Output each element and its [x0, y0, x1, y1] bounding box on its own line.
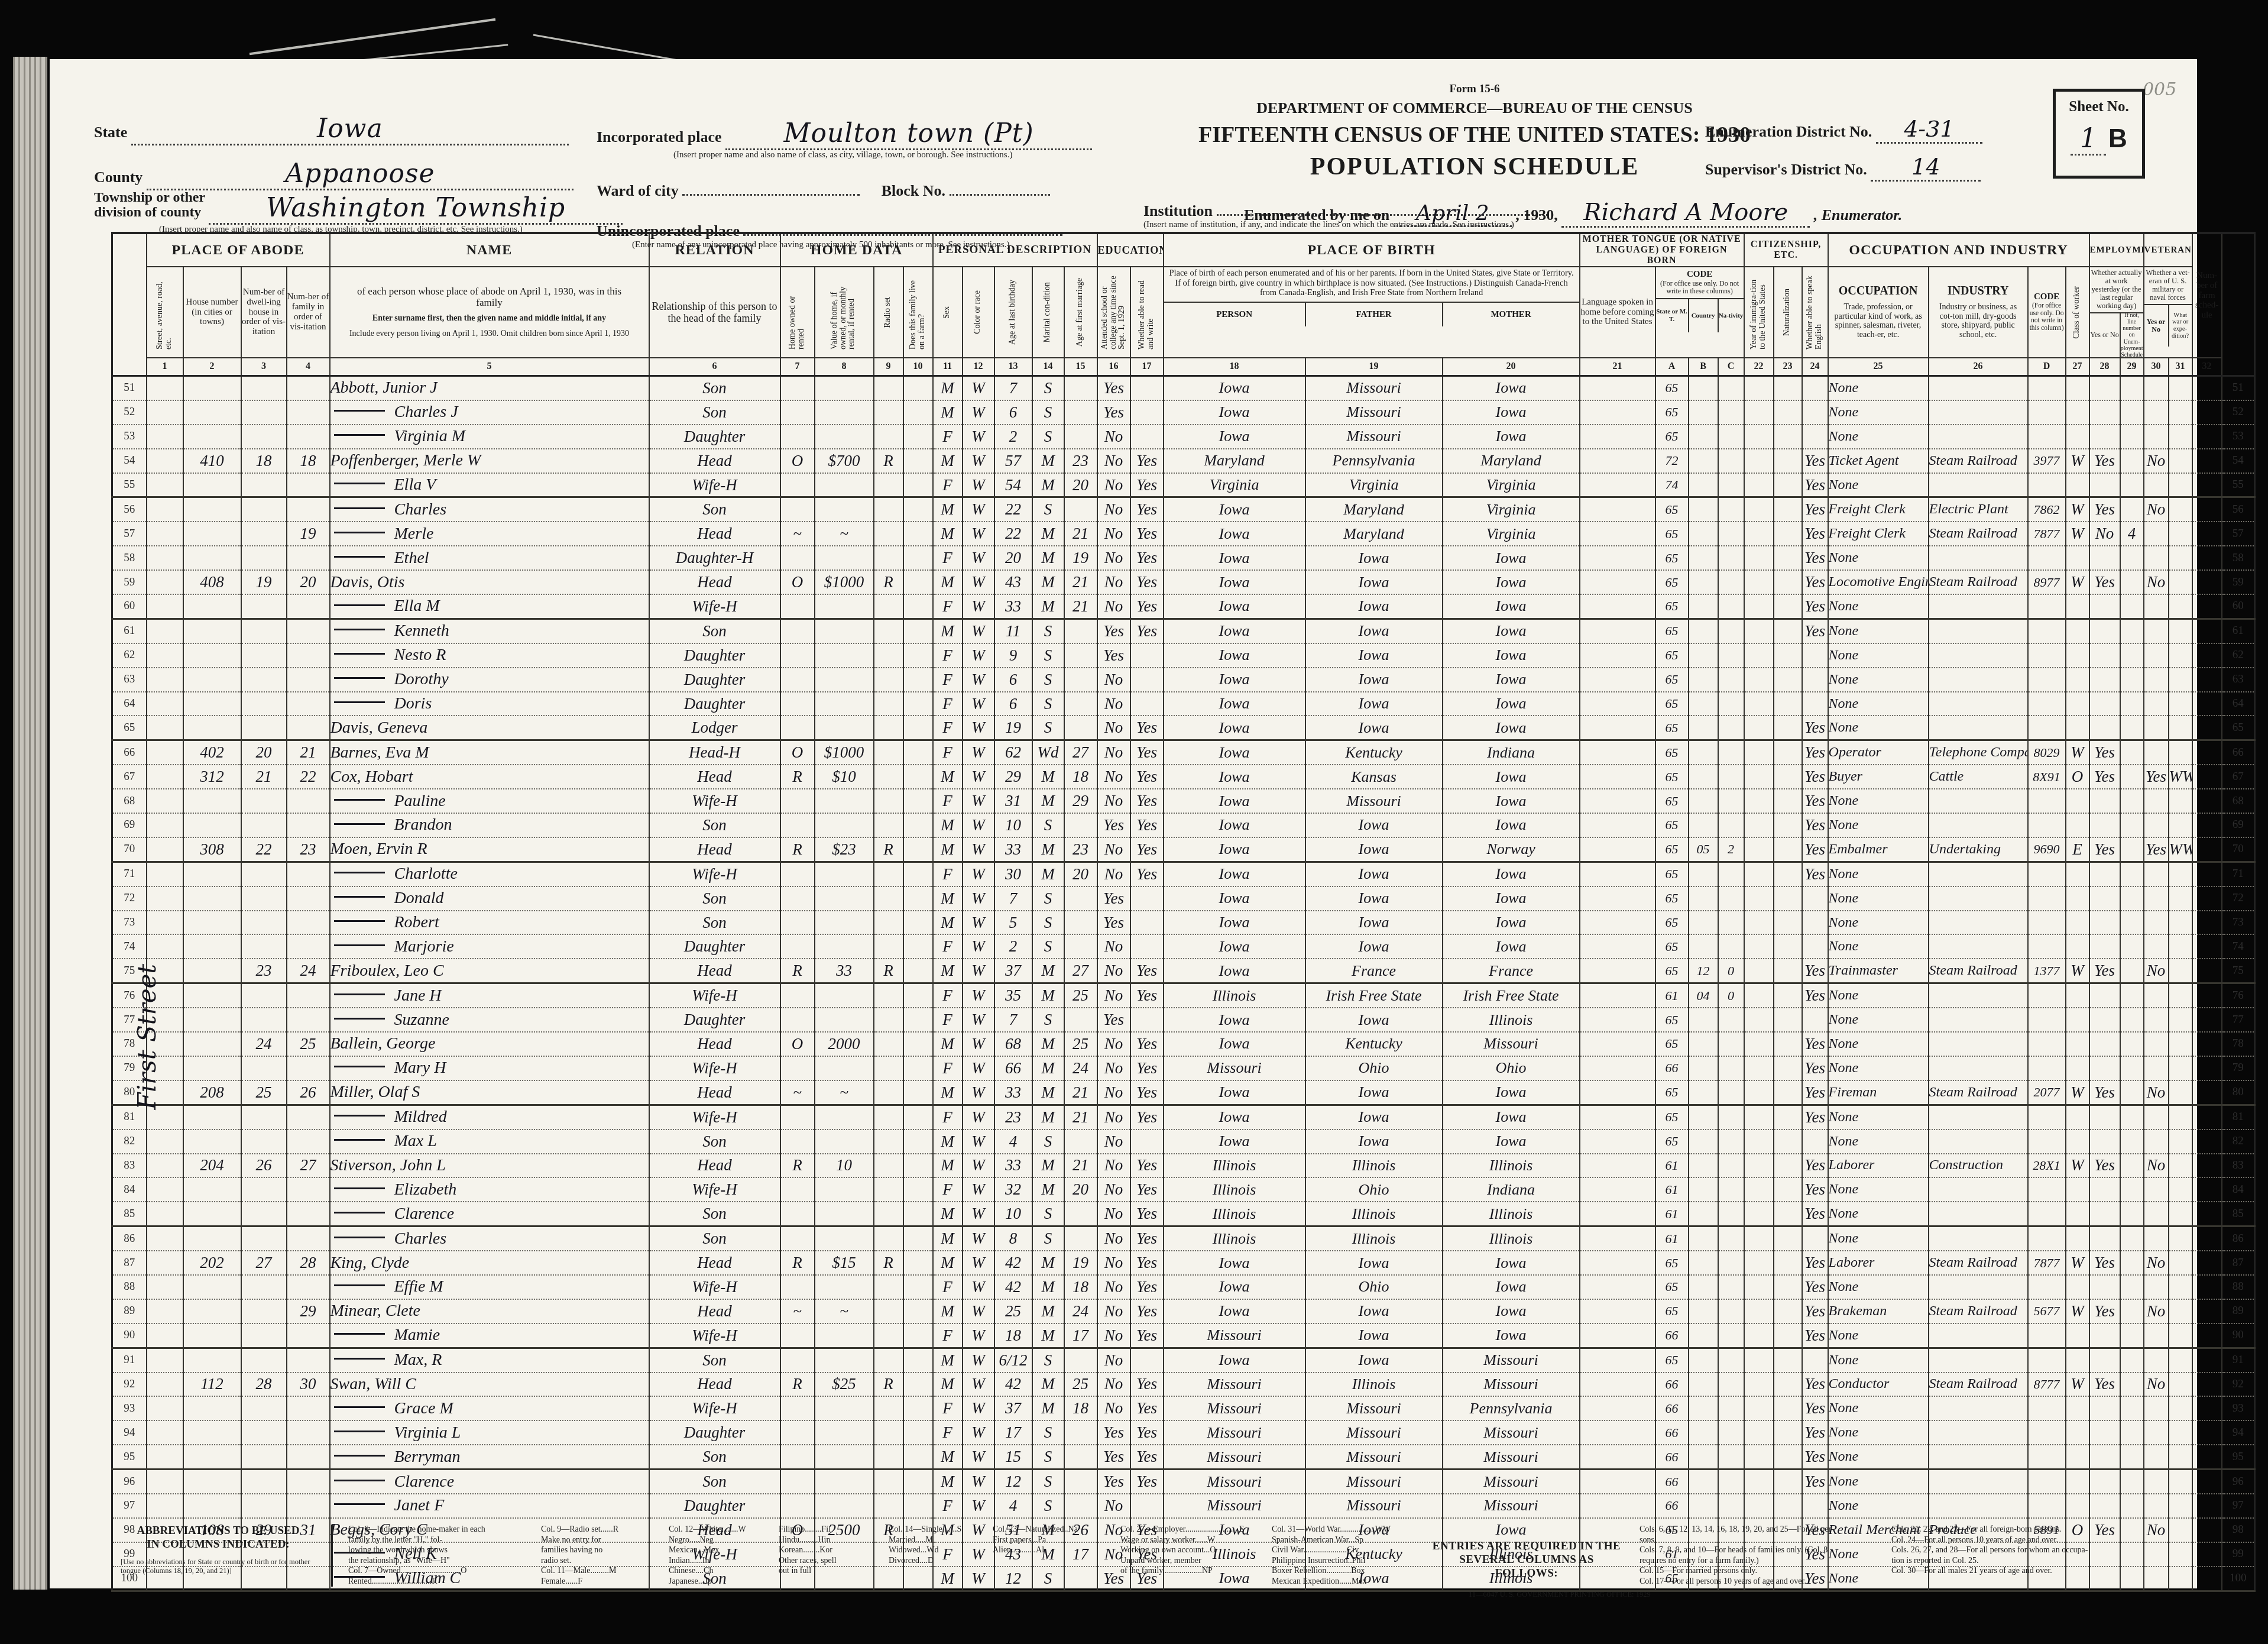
cell-sx: F	[933, 862, 963, 886]
cell-vl: $15	[815, 1251, 874, 1275]
cell-en: Yes	[1802, 1105, 1828, 1129]
line-number: 68	[2222, 789, 2255, 813]
cell-oc: None	[1828, 716, 1929, 740]
cell-ind	[1929, 1056, 2028, 1080]
cell-fs	[2192, 473, 2222, 497]
cell-na	[1774, 740, 1802, 765]
cell-pp: Iowa	[1164, 692, 1305, 716]
cell-mc: M	[1032, 473, 1064, 497]
cell-na	[1774, 1348, 1802, 1372]
ditto-mark	[334, 920, 385, 922]
cell-ey: Yes	[2089, 1373, 2120, 1397]
cell-mc: M	[1032, 522, 1064, 546]
cell-ind	[1929, 546, 2028, 570]
cell-sx: M	[933, 1470, 963, 1494]
cell-fs	[2192, 594, 2222, 619]
cell-am	[1064, 1226, 1097, 1251]
ditto-mark	[334, 1139, 385, 1141]
cell-im	[1744, 789, 1774, 813]
column-number-row: 123456789101112131415161718192021ABC2223…	[112, 358, 2255, 376]
cell-am	[1064, 886, 1097, 911]
cell-rw: Yes	[1130, 1396, 1164, 1420]
cell-pf: Ohio	[1305, 1275, 1443, 1299]
cell-st	[147, 740, 183, 765]
line-number: 75	[2222, 959, 2255, 983]
cell-vw	[2169, 497, 2192, 522]
cell-fs	[2192, 1542, 2222, 1567]
cell-fm	[903, 425, 933, 449]
footer: ABBREVIATIONS TO BE USEDIN COLUMNS INDIC…	[121, 1525, 2154, 1599]
cell-mt	[1580, 643, 1655, 668]
cell-cb	[1689, 1470, 1718, 1494]
cell-rw: Yes	[1130, 813, 1164, 837]
cell-vy	[2144, 1130, 2169, 1154]
ditto-mark	[334, 556, 385, 558]
cell-rw: Yes	[1130, 449, 1164, 473]
cell-cw: E	[2066, 837, 2089, 862]
footer-line: of the family...................NP	[1120, 1566, 1256, 1577]
group-employment: EMPLOYMENT	[2089, 233, 2144, 267]
cell-hn	[183, 1299, 241, 1323]
cell-pm: Virginia	[1443, 522, 1580, 546]
cell-ow	[780, 1323, 815, 1348]
cell-ow: R	[780, 959, 815, 983]
cell-dw	[241, 1323, 287, 1348]
line-number: 56	[2222, 497, 2255, 522]
cell-hn	[183, 400, 241, 425]
cell-nm: Marjorie	[330, 934, 649, 959]
cell-el	[2120, 1373, 2144, 1397]
cell-el	[2120, 497, 2144, 522]
cell-pp: Maryland	[1164, 449, 1305, 473]
entries-required-b: Cols. 21, 22, and 23—For all foreign-bor…	[1891, 1525, 2128, 1577]
cell-oc: None	[1828, 376, 1929, 400]
cell-oc: Embalmer	[1828, 837, 1929, 862]
cell-el	[2120, 1396, 2144, 1420]
cell-st	[147, 1323, 183, 1348]
cell-ca: 61	[1655, 1177, 1689, 1202]
cell-ra	[874, 862, 903, 886]
cell-rel: Head	[649, 522, 780, 546]
cell-mc: S	[1032, 1348, 1064, 1372]
cell-cw	[2066, 594, 2089, 619]
cell-en: Yes	[1802, 740, 1828, 765]
cell-vw	[2169, 1567, 2192, 1591]
cell-pp: Iowa	[1164, 789, 1305, 813]
cell-hn	[183, 1202, 241, 1226]
column-number: 14	[1032, 358, 1064, 376]
cell-cc	[1718, 497, 1744, 522]
cell-cd	[2028, 1032, 2066, 1056]
enumeration-district-label: Enumeration District No.	[1705, 123, 1872, 140]
cell-cw	[2066, 886, 2089, 911]
page-title: POPULATION SCHEDULE	[1149, 153, 1800, 181]
table-row: 85ClarenceSonMW10SNoYesIllinoisIllinoisI…	[112, 1202, 2255, 1226]
cell-vw	[2169, 1226, 2192, 1251]
cell-ow	[780, 1226, 815, 1251]
cell-cc	[1718, 813, 1744, 837]
col-code-d: CODE (For office use only. Do not write …	[2028, 267, 2066, 358]
col-school: Attended school or college any time sinc…	[1097, 267, 1130, 358]
column-number: 30	[2144, 358, 2169, 376]
footer-line: Japanese...Jp	[669, 1577, 763, 1587]
cell-cc	[1718, 449, 1744, 473]
cell-rw: Yes	[1130, 594, 1164, 619]
cell-mc: S	[1032, 425, 1064, 449]
cell-am	[1064, 400, 1097, 425]
cell-vl	[815, 1130, 874, 1154]
cell-am	[1064, 1202, 1097, 1226]
cell-dw: 28	[241, 1373, 287, 1397]
cell-vl	[815, 1177, 874, 1202]
cell-en: Yes	[1802, 619, 1828, 643]
cell-el	[2120, 619, 2144, 643]
cell-vl: $25	[815, 1373, 874, 1397]
col-family-number: Num-ber of family in order of vis-itatio…	[287, 267, 330, 358]
group-citizenship: CITIZENSHIP, ETC.	[1744, 233, 1828, 267]
cell-am	[1064, 1130, 1097, 1154]
table-row: 88Effie MWife-HFW42M18NoYesIowaOhioIowa6…	[112, 1275, 2255, 1299]
cell-cw	[2066, 643, 2089, 668]
cell-cw	[2066, 1470, 2089, 1494]
col-race: Color or race	[963, 267, 994, 358]
cell-rc: W	[963, 400, 994, 425]
cell-cc	[1718, 1420, 1744, 1445]
cell-nm: Brandon	[330, 813, 649, 837]
cell-am: 18	[1064, 1275, 1097, 1299]
cell-hn	[183, 497, 241, 522]
footer-line: Col. 24—For all persons 10 years of age …	[1891, 1535, 2128, 1546]
cell-st	[147, 1348, 183, 1372]
cell-dw	[241, 983, 287, 1008]
line-number: 52	[2222, 400, 2255, 425]
cell-ca: 66	[1655, 1373, 1689, 1397]
cell-en: Yes	[1802, 522, 1828, 546]
cell-st	[147, 1494, 183, 1518]
cell-ey	[2089, 425, 2120, 449]
cell-ind	[1929, 1202, 2028, 1226]
cell-cw	[2066, 716, 2089, 740]
cell-fa	[287, 1275, 330, 1299]
cell-mc: M	[1032, 1396, 1064, 1420]
table-row: 73RobertSonMW5SYesIowaIowaIowa65None73	[112, 911, 2255, 935]
footer-line: Filipino........Fil	[779, 1525, 873, 1535]
cell-en: Yes	[1802, 1032, 1828, 1056]
cell-en	[1802, 376, 1828, 400]
cell-rel: Head	[649, 959, 780, 983]
line-number: 82	[2222, 1130, 2255, 1154]
cell-cc	[1718, 1348, 1744, 1372]
cell-sc: No	[1097, 497, 1130, 522]
cell-am: 20	[1064, 862, 1097, 886]
cell-ag: 9	[994, 643, 1032, 668]
cell-rc: W	[963, 692, 994, 716]
cell-rel: Head	[649, 570, 780, 594]
group-home-data: HOME DATA	[780, 233, 933, 267]
col-home-owned: Home owned or rented	[780, 267, 815, 358]
cell-pm: Iowa	[1443, 400, 1580, 425]
cell-cd	[2028, 692, 2066, 716]
cell-fm	[903, 570, 933, 594]
cell-vw	[2169, 1177, 2192, 1202]
table-row: 77SuzanneDaughterFW7SYesIowaIowaIllinois…	[112, 1008, 2255, 1032]
ditto-mark	[334, 872, 385, 873]
cell-cc	[1718, 668, 1744, 692]
cell-im	[1744, 1373, 1774, 1397]
cell-sc: Yes	[1097, 1470, 1130, 1494]
cell-rc: W	[963, 1494, 994, 1518]
cell-dw	[241, 1056, 287, 1080]
cell-cb	[1689, 619, 1718, 643]
cell-fs	[2192, 1518, 2222, 1542]
column-number: 20	[1443, 358, 1580, 376]
cell-pf: Iowa	[1305, 716, 1443, 740]
cell-fs	[2192, 911, 2222, 935]
cell-rc: W	[963, 522, 994, 546]
column-number: 24	[1802, 358, 1828, 376]
cell-im	[1744, 1130, 1774, 1154]
cell-mt	[1580, 449, 1655, 473]
cell-mt	[1580, 1008, 1655, 1032]
cell-rel: Son	[649, 1226, 780, 1251]
cell-ow	[780, 1445, 815, 1469]
cell-ey	[2089, 400, 2120, 425]
cell-cb	[1689, 1130, 1718, 1154]
cell-oc: Ticket Agent	[1828, 449, 1929, 473]
cell-ag: 6/12	[994, 1348, 1032, 1372]
cell-vl: $10	[815, 765, 874, 789]
cell-am	[1064, 643, 1097, 668]
cell-na	[1774, 1323, 1802, 1348]
cell-ag: 19	[994, 716, 1032, 740]
cell-cb	[1689, 425, 1718, 449]
cell-im	[1744, 934, 1774, 959]
cell-fm	[903, 1056, 933, 1080]
cell-am: 21	[1064, 1154, 1097, 1178]
cell-en: Yes	[1802, 765, 1828, 789]
col-age: Age at last birthday	[994, 267, 1032, 358]
cell-ey: Yes	[2089, 497, 2120, 522]
cell-cd	[2028, 668, 2066, 692]
cell-vw	[2169, 716, 2192, 740]
cell-cw: W	[2066, 740, 2089, 765]
cell-rel: Wife-H	[649, 862, 780, 886]
cell-st	[147, 400, 183, 425]
cell-mt	[1580, 1154, 1655, 1178]
abbrev-col12b: Filipino........FilHindu.........HinKore…	[779, 1525, 873, 1577]
cell-el	[2120, 1032, 2144, 1056]
cell-vy: No	[2144, 497, 2169, 522]
cell-mc: M	[1032, 1373, 1064, 1397]
line-number: 69	[2222, 813, 2255, 837]
cell-fm	[903, 1323, 933, 1348]
cell-el	[2120, 376, 2144, 400]
cell-fm	[903, 594, 933, 619]
cell-el	[2120, 1154, 2144, 1178]
cell-rw: Yes	[1130, 1323, 1164, 1348]
cell-im	[1744, 1008, 1774, 1032]
cell-vl	[815, 813, 874, 837]
cell-mc: S	[1032, 1494, 1064, 1518]
cell-pp: Missouri	[1164, 1494, 1305, 1518]
cell-oc: Locomotive Engineer	[1828, 570, 1929, 594]
col-radio-set: Radio set	[874, 267, 903, 358]
col-pob-mother: MOTHER	[1442, 303, 1579, 326]
table-row: 64DorisDaughterFW6SNoIowaIowaIowa65None6…	[112, 692, 2255, 716]
cell-ag: 4	[994, 1130, 1032, 1154]
cell-ind	[1929, 1348, 2028, 1372]
cell-vw	[2169, 1470, 2192, 1494]
cell-fm	[903, 1275, 933, 1299]
cell-sx: M	[933, 376, 963, 400]
county-field: County Appanoose	[94, 158, 602, 190]
cell-im	[1744, 619, 1774, 643]
cell-vw	[2169, 1105, 2192, 1129]
cell-hn	[183, 1177, 241, 1202]
column-number: 9	[874, 358, 903, 376]
table-row: 94Virginia LDaughterFW17SYesYesMissouriM…	[112, 1420, 2255, 1445]
cell-fa	[287, 813, 330, 837]
cell-sx: M	[933, 1130, 963, 1154]
cell-fs	[2192, 1105, 2222, 1129]
cell-fm	[903, 692, 933, 716]
cell-ra	[874, 692, 903, 716]
cell-en: Yes	[1802, 1373, 1828, 1397]
line-number: 83	[112, 1154, 147, 1178]
column-number: A	[1655, 358, 1689, 376]
cell-pp: Iowa	[1164, 959, 1305, 983]
cell-im	[1744, 1396, 1774, 1420]
column-number: 12	[963, 358, 994, 376]
cell-pp: Iowa	[1164, 1299, 1305, 1323]
cell-sx: M	[933, 813, 963, 837]
cell-sc: No	[1097, 546, 1130, 570]
cell-pf: Kentucky	[1305, 1032, 1443, 1056]
table-row: 69BrandonSonMW10SYesYesIowaIowaIowa65Yes…	[112, 813, 2255, 837]
cell-am: 29	[1064, 789, 1097, 813]
cell-fa	[287, 862, 330, 886]
cell-cw	[2066, 1348, 2089, 1372]
cell-fs	[2192, 813, 2222, 837]
cell-mc: S	[1032, 1226, 1064, 1251]
column-number: D	[2028, 358, 2066, 376]
cell-ind	[1929, 1420, 2028, 1445]
cell-dw	[241, 1348, 287, 1372]
cell-rel: Wife-H	[649, 1105, 780, 1129]
cell-hn	[183, 1445, 241, 1469]
cell-rw: Yes	[1130, 959, 1164, 983]
line-number: 77	[2222, 1008, 2255, 1032]
cell-pp: Iowa	[1164, 570, 1305, 594]
cell-rel: Head	[649, 1032, 780, 1056]
cell-rel: Head-H	[649, 740, 780, 765]
cell-mt	[1580, 497, 1655, 522]
cell-mt	[1580, 522, 1655, 546]
cell-vw	[2169, 983, 2192, 1008]
cell-na	[1774, 1299, 1802, 1323]
cell-sx: M	[933, 1202, 963, 1226]
cell-mc: Wd	[1032, 740, 1064, 765]
cell-im	[1744, 570, 1774, 594]
cell-am: 21	[1064, 1105, 1097, 1129]
cell-oc: None	[1828, 862, 1929, 886]
cell-rc: W	[963, 1445, 994, 1469]
cell-pp: Illinois	[1164, 1226, 1305, 1251]
cell-ca: 66	[1655, 1494, 1689, 1518]
cell-cw	[2066, 1105, 2089, 1129]
cell-mt	[1580, 473, 1655, 497]
cell-mt	[1580, 1299, 1655, 1323]
cell-mt	[1580, 1226, 1655, 1251]
cell-rc: W	[963, 1130, 994, 1154]
cell-ag: 23	[994, 1105, 1032, 1129]
cell-vw	[2169, 643, 2192, 668]
cell-pp: Iowa	[1164, 1105, 1305, 1129]
cell-rel: Daughter	[649, 425, 780, 449]
cell-oc: None	[1828, 1348, 1929, 1372]
cell-sc: No	[1097, 789, 1130, 813]
cell-ow: O	[780, 1032, 815, 1056]
cell-pf: Missouri	[1305, 400, 1443, 425]
cell-fm	[903, 643, 933, 668]
cell-hn	[183, 643, 241, 668]
cell-pp: Iowa	[1164, 376, 1305, 400]
cell-fa	[287, 497, 330, 522]
cell-cb	[1689, 376, 1718, 400]
cell-vl	[815, 716, 874, 740]
footer-line: SEVERAL COLUMNS AS FOLLOWS:	[1429, 1554, 1624, 1581]
cell-oc: None	[1828, 1470, 1929, 1494]
cell-ra	[874, 1177, 903, 1202]
incorporated-label: Incorporated place	[597, 128, 722, 145]
cell-ey: Yes	[2089, 1080, 2120, 1105]
cell-el	[2120, 1299, 2144, 1323]
cell-rel: Head	[649, 1154, 780, 1178]
cell-pm: Indiana	[1443, 740, 1580, 765]
cell-cb	[1689, 594, 1718, 619]
cell-vy: No	[2144, 449, 2169, 473]
cell-el	[2120, 1470, 2144, 1494]
table-row: 58EthelDaughter-HFW20M19NoYesIowaIowaIow…	[112, 546, 2255, 570]
cell-vl	[815, 1396, 874, 1420]
cell-na	[1774, 1008, 1802, 1032]
cell-pp: Iowa	[1164, 765, 1305, 789]
cell-vw	[2169, 1348, 2192, 1372]
cell-am: 20	[1064, 473, 1097, 497]
cell-ca: 74	[1655, 473, 1689, 497]
cell-nm: Pauline	[330, 789, 649, 813]
cell-fs	[2192, 1445, 2222, 1469]
cell-ow: ~	[780, 1299, 815, 1323]
cell-pf: France	[1305, 959, 1443, 983]
cell-ra	[874, 911, 903, 935]
cell-cc	[1718, 1275, 1744, 1299]
cell-fm	[903, 765, 933, 789]
cell-fa: 20	[287, 570, 330, 594]
cell-am	[1064, 1494, 1097, 1518]
cell-na	[1774, 934, 1802, 959]
cell-rel: Head	[649, 1373, 780, 1397]
cell-rel: Daughter	[649, 668, 780, 692]
cell-fs	[2192, 1008, 2222, 1032]
cell-sc: No	[1097, 1032, 1130, 1056]
cell-fs	[2192, 1130, 2222, 1154]
cell-sc: No	[1097, 473, 1130, 497]
cell-fm	[903, 983, 933, 1008]
line-number: 74	[2222, 934, 2255, 959]
cell-ag: 33	[994, 1080, 1032, 1105]
line-number: 57	[112, 522, 147, 546]
